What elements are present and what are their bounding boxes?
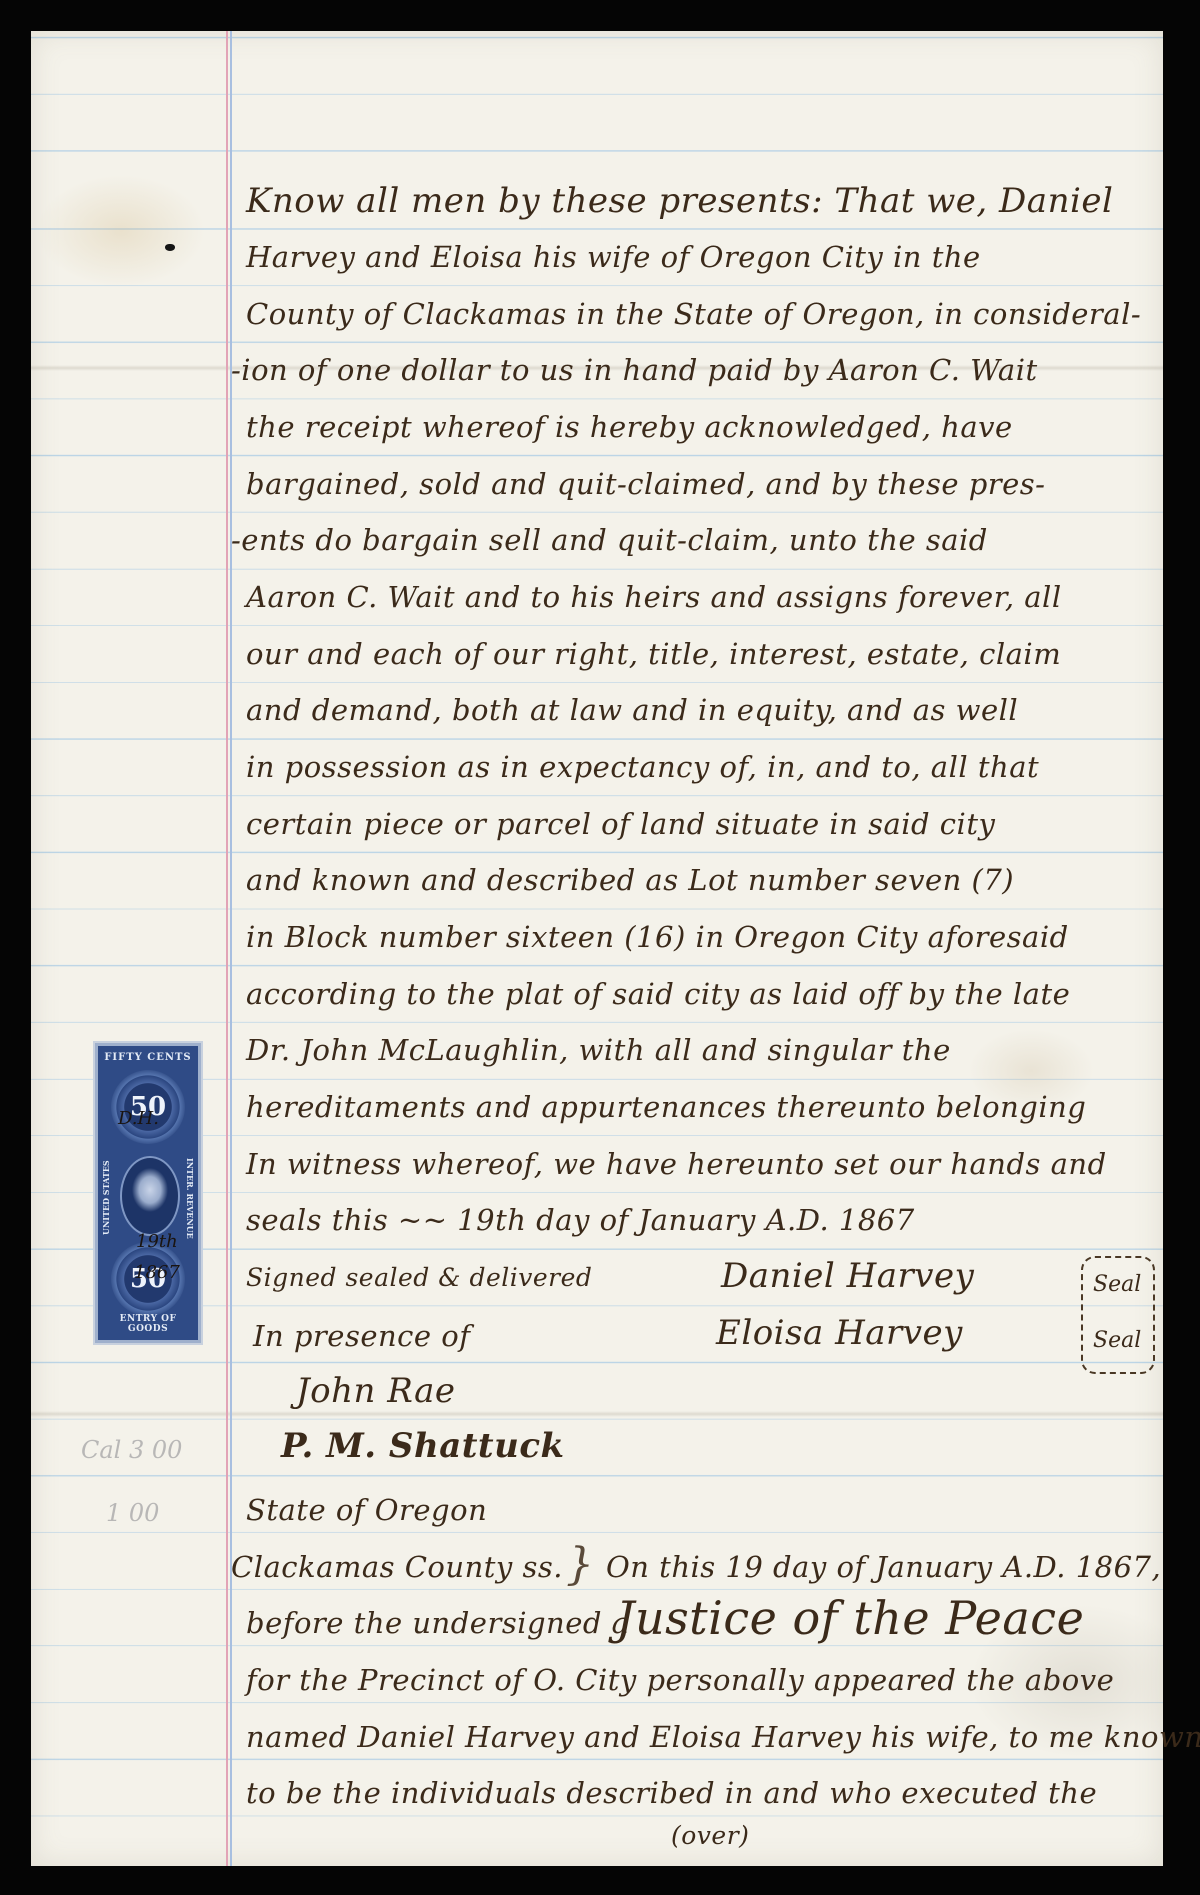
body-line: in possession as in expectancy of, in, a…: [246, 750, 1039, 784]
body-line: in Block number sixteen (16) in Oregon C…: [246, 920, 1069, 954]
ack-line: to be the individuals described in and w…: [246, 1776, 1097, 1810]
stamp-rosette-top: 50: [111, 1070, 185, 1144]
attestation-in-presence: In presence of: [253, 1319, 470, 1353]
margin-line-blue: [230, 31, 232, 1866]
body-line: Know all men by these presents: That we,…: [246, 181, 1113, 221]
body-line: County of Clackamas in the State of Oreg…: [246, 297, 1141, 331]
ack-line: On this 19 day of January A.D. 1867,: [606, 1550, 1161, 1584]
stamp-cancel-initials: D.H.: [118, 1108, 159, 1129]
date-line: seals this ~~ 19th day of January A.D. 1…: [246, 1203, 915, 1237]
revenue-stamp: FIFTY CENTS 50 UNITED STATES INTER. REVE…: [95, 1043, 201, 1343]
body-line: Dr. John McLaughlin, with all and singul…: [246, 1033, 951, 1067]
attestation-signed-sealed: Signed sealed & delivered: [246, 1263, 592, 1292]
witness-signature: John Rae: [296, 1371, 455, 1411]
stamp-cancel-year: 1867: [134, 1262, 180, 1283]
body-line: hereditaments and appurtenances thereunt…: [246, 1090, 1086, 1124]
body-line: and demand, both at law and in equity, a…: [246, 693, 1018, 727]
grantor-signature: Daniel Harvey: [721, 1256, 974, 1296]
body-line: -ion of one dollar to us in hand paid by…: [231, 353, 1038, 387]
body-line: according to the plat of said city as la…: [246, 977, 1070, 1011]
stamp-side-left: UNITED STATES: [100, 1154, 112, 1242]
body-line: bargained, sold and quit-claimed, and by…: [246, 467, 1045, 501]
stamp-bottom-label: ENTRY OF GOODS: [98, 1314, 198, 1334]
stamp-cancel-day: 19th: [136, 1231, 178, 1252]
body-line: the receipt whereof is hereby acknowledg…: [246, 410, 1013, 444]
body-line: Aaron C. Wait and to his heirs and assig…: [246, 580, 1062, 614]
body-line: -ents do bargain sell and quit-claim, un…: [231, 523, 988, 557]
pencil-note: Cal 3 00: [81, 1436, 182, 1464]
ack-venue-state: State of Oregon: [246, 1493, 487, 1527]
ink-blot: [165, 244, 175, 251]
seal-scroll: Seal Seal: [1081, 1256, 1155, 1374]
seal-label: Seal: [1093, 1328, 1141, 1353]
seal-label: Seal: [1093, 1272, 1141, 1297]
body-line: certain piece or parcel of land situate …: [246, 807, 995, 841]
margin-line-red: [226, 31, 228, 1866]
body-line: Harvey and Eloisa his wife of Oregon Cit…: [246, 240, 981, 274]
stamp-side-right: INTER. REVENUE: [184, 1154, 196, 1242]
fold-line: [31, 1411, 1163, 1417]
ack-line: named Daniel Harvey and Eloisa Harvey hi…: [246, 1720, 1200, 1754]
ack-line: before the undersigned a: [246, 1606, 629, 1640]
body-line: In witness whereof, we have hereunto set…: [246, 1147, 1107, 1181]
washington-portrait-icon: [120, 1156, 180, 1236]
witness-signature: P. M. Shattuck: [281, 1426, 565, 1466]
body-line: and known and described as Lot number se…: [246, 863, 1014, 897]
ack-venue-county: Clackamas County ss.: [231, 1550, 563, 1584]
ack-line: for the Precinct of O. City personally a…: [246, 1663, 1114, 1697]
grantor-signature: Eloisa Harvey: [716, 1313, 963, 1353]
continued-over-mark: (over): [671, 1821, 749, 1850]
stamp-top-label: FIFTY CENTS: [98, 1052, 198, 1063]
pencil-note: 1 00: [106, 1499, 159, 1527]
body-line: our and each of our right, title, intere…: [246, 637, 1061, 671]
deed-page: Know all men by these presents: That we,…: [31, 31, 1163, 1866]
venue-brace: }: [566, 1539, 595, 1590]
justice-of-the-peace-title: Justice of the Peace: [616, 1591, 1084, 1645]
